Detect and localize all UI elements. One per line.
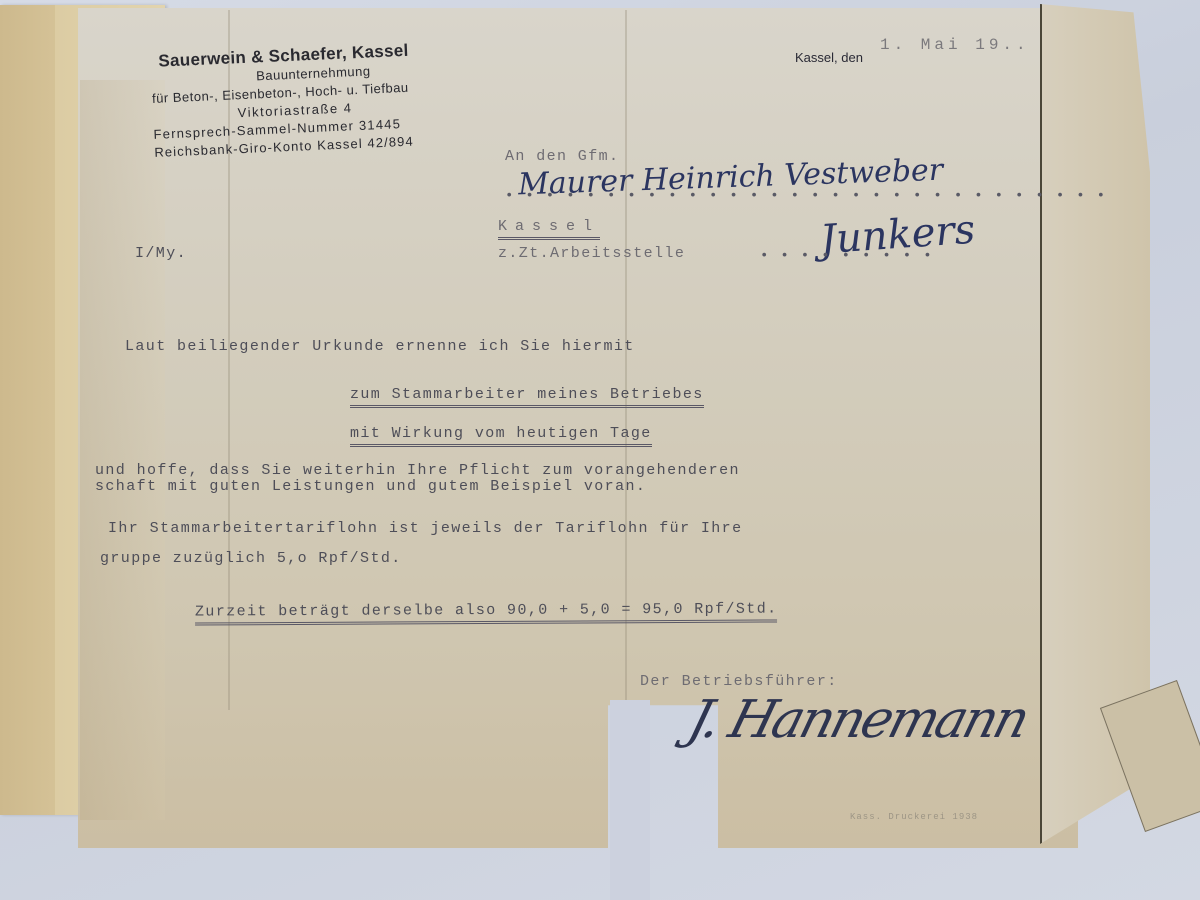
reference-code: I/My. [135,245,187,262]
current-wage: Zurzeit beträgt derselbe also 90,0 + 5,0… [195,600,778,620]
date-label: Kassel, den [795,50,863,65]
body-line-1: Laut beiliegender Urkunde ernenne ich Si… [125,338,635,355]
body-para3-line1: Ihr Stammarbeitertariflohn ist jeweils d… [108,520,743,537]
paper-tear [610,700,650,900]
body-emphasis-2: mit Wirkung vom heutigen Tage [350,425,652,442]
dotted-line: ••••••••• [760,248,944,264]
worksite-label: z.Zt.Arbeitsstelle [498,245,685,262]
letterhead: Sauerwein & Schaefer, Kassel Bauunterneh… [150,38,484,162]
fold-shadow [80,80,165,820]
date-stamp: 1. Mai 19.. [880,36,1030,54]
body-para2-line1: und hoffe, dass Sie weiterhin Ihre Pflic… [95,462,740,479]
body-emphasis-1: zum Stammarbeiter meines Betriebes [350,386,704,403]
closing-title: Der Betriebsführer: [640,673,838,690]
signature: J. Hannemann [682,690,1033,750]
recipient-salutation: An den Gfm. [505,148,619,165]
dotted-line: •••••••••••••••••••••••••••••• [505,188,1117,204]
printer-mark: Kass. Druckerei 1938 [850,812,978,822]
recipient-city: Kassel [498,218,600,235]
body-para3-line2: gruppe zuzüglich 5,o Rpf/Std. [100,550,402,567]
body-para2-line2: schaft mit guten Leistungen und gutem Be… [95,478,646,495]
